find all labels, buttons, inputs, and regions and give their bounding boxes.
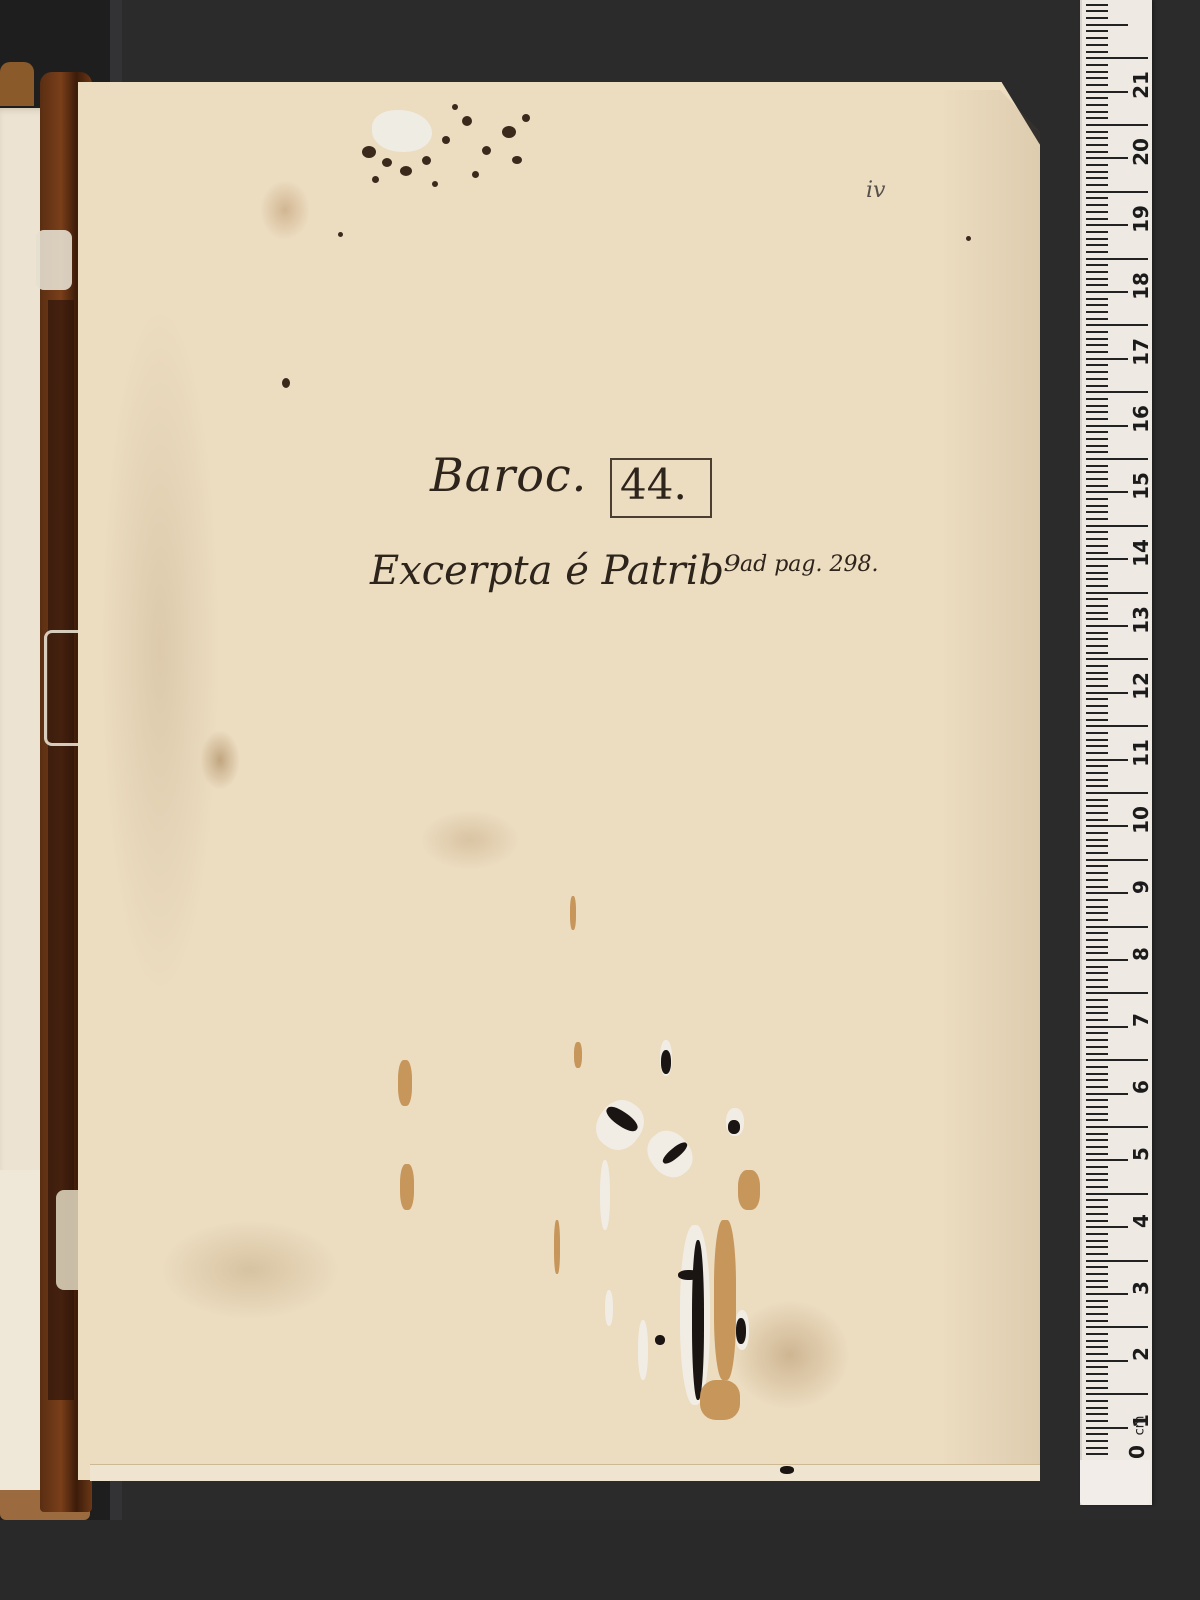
ruler-tick: [1086, 645, 1108, 647]
ruler-tick: [1086, 1440, 1108, 1442]
ruler-tick: [1086, 1206, 1108, 1208]
ruler-tick: [1086, 1159, 1128, 1161]
ruler-label: 13: [1129, 605, 1153, 635]
ruler-tick: [1086, 491, 1128, 493]
ruler-tick: [1086, 177, 1108, 179]
ruler-tick: [1086, 1199, 1108, 1201]
ruler-tick: [1086, 278, 1108, 280]
ruler-tick: [1086, 445, 1108, 447]
measurement-ruler: 1234567891011121314151617181920210cm: [1080, 0, 1152, 1505]
ruler-tick: [1086, 819, 1108, 821]
ruler-tick: [1086, 618, 1108, 620]
manuscript-page: [78, 82, 1040, 1480]
ruler-tick: [1086, 458, 1148, 460]
ruler-tick: [1086, 1407, 1108, 1409]
ruler-tick: [1086, 1366, 1108, 1368]
ruler-tick: [1086, 1280, 1108, 1282]
ruler-tick: [1086, 385, 1108, 387]
ruler-tick: [1086, 538, 1108, 540]
ruler-tick: [1086, 1113, 1108, 1115]
ruler-tick: [1086, 324, 1148, 326]
ruler-tick: [1086, 1019, 1108, 1021]
ruler-tick: [1086, 959, 1128, 961]
ruler-label: 17: [1129, 337, 1153, 367]
ruler-tick: [1086, 157, 1128, 159]
ruler-tick: [1086, 745, 1108, 747]
ruler-tick: [1086, 658, 1148, 660]
ruler-tick: [1086, 438, 1108, 440]
ruler-tick: [1086, 765, 1108, 767]
ruler-tick: [1086, 244, 1108, 246]
ruler-tick: [1086, 71, 1108, 73]
ruler-tick: [1086, 785, 1108, 787]
ruler-tick: [1086, 712, 1108, 714]
ruler-tick: [1086, 1166, 1108, 1168]
ruler-tick: [1086, 625, 1128, 627]
ruler-tick: [1086, 1333, 1108, 1335]
ruler-label: 21: [1129, 70, 1153, 100]
ruler-tick: [1086, 104, 1108, 106]
ruler-tick: [1086, 585, 1108, 587]
ruler-tick: [1086, 1273, 1108, 1275]
ruler-tick: [1086, 398, 1108, 400]
ruler-tick: [1086, 1420, 1108, 1422]
ruler-tick: [1086, 284, 1108, 286]
ruler-tick: [1086, 1293, 1128, 1295]
ruler-tick: [1086, 1079, 1108, 1081]
ruler-tick: [1086, 525, 1148, 527]
ruler-tick: [1086, 772, 1108, 774]
ruler-tick: [1086, 1146, 1108, 1148]
shelfmark-number: 44.: [620, 460, 687, 509]
ruler-tick: [1086, 1186, 1108, 1188]
ruler-tick: [1086, 117, 1108, 119]
ruler-tick: [1086, 678, 1108, 680]
ruler-tick: [1086, 732, 1108, 734]
ruler-tick: [1086, 986, 1108, 988]
ruler-tick: [1086, 598, 1108, 600]
ruler-tick: [1086, 338, 1108, 340]
ruler-tick: [1086, 164, 1108, 166]
ruler-tick: [1086, 1032, 1108, 1034]
ruler-tick: [1086, 906, 1108, 908]
ruler-tick: [1086, 251, 1108, 253]
ruler-tick: [1086, 318, 1108, 320]
ruler-tick: [1086, 144, 1108, 146]
ruler-tick: [1086, 605, 1108, 607]
ruler-tick: [1086, 665, 1108, 667]
ruler-tick: [1086, 1099, 1108, 1101]
ruler-tick: [1086, 431, 1108, 433]
ruler-tick: [1086, 391, 1148, 393]
ruler-tick: [1086, 291, 1128, 293]
ruler-tick: [1086, 652, 1108, 654]
ruler-tick: [1086, 17, 1108, 19]
ruler-label: 5: [1129, 1139, 1153, 1169]
ruler-tick: [1086, 565, 1108, 567]
ruler-tick: [1086, 425, 1128, 427]
ruler-tick: [1086, 812, 1108, 814]
ruler-tick: [1086, 1153, 1108, 1155]
ruler-tick: [1086, 184, 1108, 186]
ruler-tick: [1086, 191, 1148, 193]
ruler-tick: [1086, 405, 1108, 407]
ruler-unit-label: cm: [1132, 1416, 1147, 1436]
ruler-tick: [1086, 478, 1108, 480]
ruler-label: 6: [1129, 1072, 1153, 1102]
ruler-tick: [1086, 364, 1108, 366]
ruler-tick: [1086, 919, 1108, 921]
ruler-tick: [1086, 779, 1108, 781]
ruler-tick: [1086, 872, 1108, 874]
ruler-tick: [1086, 979, 1108, 981]
ruler-tick: [1086, 1179, 1108, 1181]
ruler-label: 4: [1129, 1206, 1153, 1236]
ruler-tick: [1086, 926, 1148, 928]
ruler-tick: [1086, 705, 1108, 707]
ruler-tick: [1086, 939, 1108, 941]
page-reference-note: ad pag. 298.: [740, 552, 878, 577]
ruler-tick: [1086, 725, 1148, 727]
ruler-tick: [1086, 231, 1108, 233]
ruler-tick: [1086, 137, 1108, 139]
ruler-tick: [1086, 865, 1108, 867]
ruler-tick: [1086, 224, 1128, 226]
ruler-tick: [1086, 1453, 1108, 1455]
ruler-tick: [1086, 886, 1108, 888]
ruler-tick: [1086, 1427, 1128, 1429]
binding-thread-top: [36, 230, 72, 290]
ruler-tick: [1086, 1059, 1148, 1061]
ruler-tick: [1086, 1393, 1148, 1395]
ruler-tick: [1086, 1447, 1108, 1449]
ruler-end: [1080, 1460, 1150, 1505]
ruler-tick: [1086, 1193, 1148, 1195]
ruler-label: 19: [1129, 204, 1153, 234]
ruler-tick: [1086, 759, 1128, 761]
ruler-tick: [1086, 1213, 1108, 1215]
title-inscription: Excerpta é Patrib⁹: [370, 548, 740, 594]
ruler-tick: [1086, 1066, 1108, 1068]
ruler-tick: [1086, 859, 1148, 861]
ruler-tick: [1086, 51, 1108, 53]
ruler-tick: [1086, 1220, 1108, 1222]
ruler-tick: [1086, 899, 1108, 901]
ruler-tick: [1086, 1286, 1108, 1288]
leather-tab: [0, 62, 34, 106]
ruler-tick: [1086, 966, 1108, 968]
ruler-tick: [1086, 10, 1108, 12]
ruler-tick: [1086, 825, 1128, 827]
ruler-tick: [1086, 1093, 1128, 1095]
ruler-tick: [1086, 1400, 1108, 1402]
ruler-tick: [1086, 1006, 1108, 1008]
ruler-tick: [1086, 518, 1108, 520]
ruler-tick: [1086, 612, 1108, 614]
ruler-label: 9: [1129, 872, 1153, 902]
ruler-tick: [1086, 578, 1108, 580]
ruler-tick: [1086, 1073, 1108, 1075]
ruler-tick: [1086, 485, 1108, 487]
ruler-tick: [1086, 111, 1108, 113]
ruler-tick: [1086, 197, 1108, 199]
ruler-tick: [1086, 1300, 1108, 1302]
ruler-tick: [1086, 592, 1148, 594]
ruler-tick: [1086, 451, 1108, 453]
ruler-tick: [1086, 1320, 1108, 1322]
ruler-tick: [1086, 792, 1148, 794]
ruler-tick: [1086, 1233, 1108, 1235]
ruler-tick: [1086, 1246, 1108, 1248]
ruler-tick: [1086, 1360, 1128, 1362]
ruler-tick: [1086, 1387, 1108, 1389]
ruler-tick: [1086, 1126, 1148, 1128]
ruler-tick: [1086, 218, 1108, 220]
ruler-tick: [1086, 258, 1148, 260]
ruler-tick: [1086, 805, 1108, 807]
ruler-tick: [1086, 946, 1108, 948]
ruler-label: 2: [1129, 1339, 1153, 1369]
folio-number: iv: [866, 178, 885, 203]
ruler-tick: [1086, 1012, 1108, 1014]
ruler-tick: [1086, 692, 1128, 694]
ruler-tick: [1086, 1266, 1108, 1268]
ruler-tick: [1086, 64, 1108, 66]
ruler-tick: [1086, 418, 1108, 420]
ruler-tick: [1086, 30, 1108, 32]
ruler-tick: [1086, 151, 1108, 153]
ruler-tick: [1086, 1026, 1128, 1028]
ruler-tick: [1086, 1053, 1108, 1055]
ruler-tick: [1086, 505, 1108, 507]
ruler-tick: [1086, 1313, 1108, 1315]
ruler-tick: [1086, 97, 1108, 99]
ruler-tick: [1086, 752, 1108, 754]
ruler-tick: [1086, 204, 1108, 206]
ruler-tick: [1086, 124, 1148, 126]
ruler-label: 8: [1129, 939, 1153, 969]
ruler-tick: [1086, 84, 1108, 86]
ruler-tick: [1086, 471, 1108, 473]
ruler-tick: [1086, 932, 1108, 934]
ruler-tick: [1086, 358, 1128, 360]
shelfmark-prefix: Baroc.: [430, 448, 587, 502]
ruler-tick: [1086, 378, 1108, 380]
ruler-tick: [1086, 632, 1108, 634]
page-bottom-edge: [90, 1464, 1040, 1481]
ruler-label: 11: [1129, 738, 1153, 768]
ruler-tick: [1086, 972, 1108, 974]
ruler-tick: [1086, 1226, 1128, 1228]
ruler-label: 16: [1129, 404, 1153, 434]
ruler-tick: [1086, 1119, 1108, 1121]
ruler-tick: [1086, 1326, 1148, 1328]
ruler-tick: [1086, 992, 1148, 994]
ruler-tick: [1086, 739, 1108, 741]
ruler-tick: [1086, 879, 1108, 881]
ruler-tick: [1086, 4, 1108, 6]
ruler-tick: [1086, 24, 1128, 26]
ruler-tick: [1086, 1173, 1108, 1175]
ruler-tick: [1086, 832, 1108, 834]
ruler-tick: [1086, 1373, 1108, 1375]
ruler-tick: [1086, 37, 1108, 39]
ruler-tick: [1086, 852, 1108, 854]
ruler-tick: [1086, 638, 1108, 640]
ruler-tick: [1086, 799, 1108, 801]
ruler-tick: [1086, 1086, 1108, 1088]
ruler-tick: [1086, 131, 1108, 133]
ruler-tick: [1086, 77, 1108, 79]
ruler-tick: [1086, 371, 1108, 373]
ruler-tick: [1086, 1413, 1108, 1415]
ruler-tick: [1086, 331, 1108, 333]
ruler-label: 14: [1129, 538, 1153, 568]
ruler-tick: [1086, 511, 1108, 513]
ruler-tick: [1086, 552, 1108, 554]
ruler-tick: [1086, 171, 1108, 173]
ruler-tick: [1086, 304, 1108, 306]
ruler-tick: [1086, 719, 1108, 721]
ruler-tick: [1086, 1039, 1108, 1041]
ruler-tick: [1086, 1260, 1148, 1262]
ruler-tick: [1086, 558, 1128, 560]
ruler-tick: [1086, 892, 1128, 894]
ruler-tick: [1086, 311, 1108, 313]
ruler-tick: [1086, 845, 1108, 847]
backdrop-bottom: [0, 1520, 1200, 1600]
ruler-tick: [1086, 1139, 1108, 1141]
ruler-tick: [1086, 1046, 1108, 1048]
ruler-tick: [1086, 531, 1108, 533]
ruler-tick: [1086, 999, 1108, 1001]
ruler-tick: [1086, 1380, 1108, 1382]
ruler-tick: [1086, 1253, 1108, 1255]
mold-bleached-area: [372, 110, 432, 152]
ruler-tick: [1086, 298, 1108, 300]
ruler-label: 10: [1129, 805, 1153, 835]
ruler-label: 7: [1129, 1005, 1153, 1035]
ruler-tick: [1086, 411, 1108, 413]
ruler-tick: [1086, 1240, 1108, 1242]
ruler-tick: [1086, 1353, 1108, 1355]
ruler-tick: [1086, 1106, 1108, 1108]
ruler-tick: [1086, 351, 1108, 353]
ruler-tick: [1086, 238, 1108, 240]
ruler-tick: [1086, 465, 1108, 467]
ruler-tick: [1086, 952, 1108, 954]
ruler-zero-label: 0: [1125, 1445, 1149, 1459]
ruler-tick: [1086, 912, 1108, 914]
ruler-tick: [1086, 211, 1108, 213]
ruler-tick: [1086, 698, 1108, 700]
ruler-tick: [1086, 344, 1108, 346]
ruler-tick: [1086, 57, 1148, 59]
ruler-tick: [1086, 264, 1108, 266]
ruler-label: 12: [1129, 671, 1153, 701]
ruler-label: 18: [1129, 271, 1153, 301]
ruler-tick: [1086, 685, 1108, 687]
ruler-tick: [1086, 1340, 1108, 1342]
ruler-tick: [1086, 545, 1108, 547]
ruler-tick: [1086, 1306, 1108, 1308]
ruler-tick: [1086, 672, 1108, 674]
ruler-label: 20: [1129, 137, 1153, 167]
ruler-tick: [1086, 1433, 1108, 1435]
ruler-tick: [1086, 91, 1128, 93]
ruler-tick: [1086, 1346, 1108, 1348]
ruler-label: 3: [1129, 1273, 1153, 1303]
ruler-label: 15: [1129, 471, 1153, 501]
ruler-tick: [1086, 572, 1108, 574]
ruler-tick: [1086, 839, 1108, 841]
ruler-tick: [1086, 271, 1108, 273]
ruler-tick: [1086, 44, 1108, 46]
ruler-tick: [1086, 498, 1108, 500]
ruler-tick: [1086, 1133, 1108, 1135]
